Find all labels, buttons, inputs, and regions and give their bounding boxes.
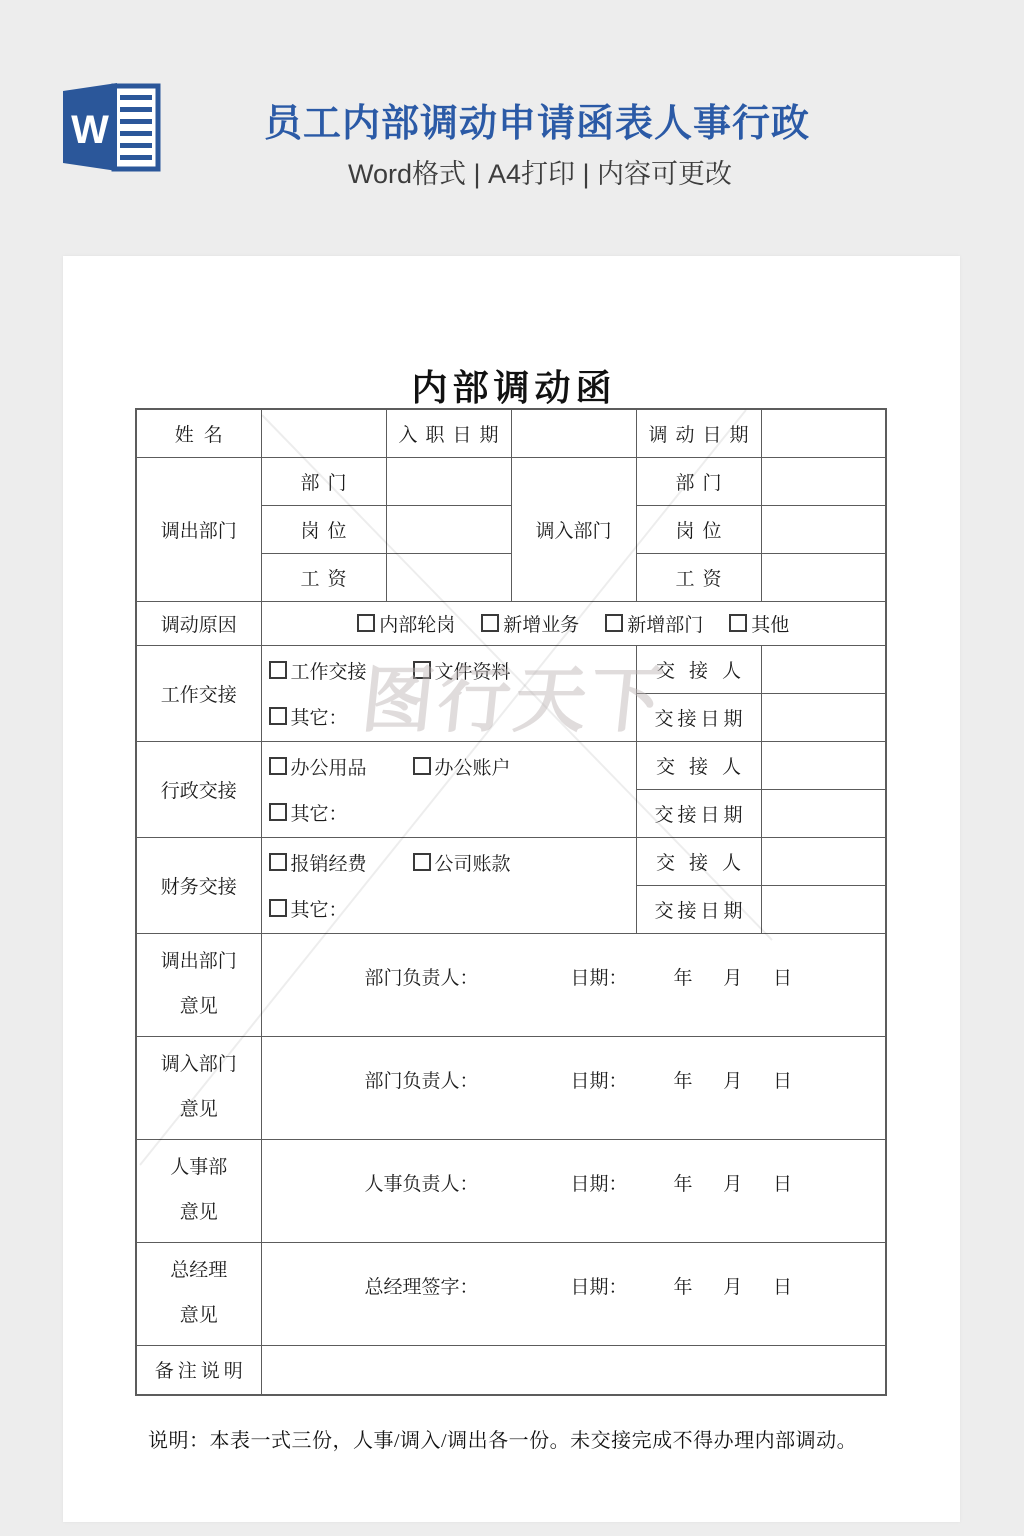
gm-opinion-cell[interactable]: 总经理签字： 日期： 年 月 日: [261, 1242, 886, 1345]
in-dept-label: 部门: [636, 457, 761, 505]
out-post-label: 岗位: [261, 505, 386, 553]
work-handover-label: 工作交接: [136, 645, 261, 741]
out-dept-input-cell[interactable]: [386, 457, 511, 505]
remarks-label: 备注说明: [136, 1345, 261, 1395]
admin-handover-date-label: 交接日期: [636, 789, 761, 837]
out-dept-opinion-cell[interactable]: 部门负责人： 日期： 年 月 日: [261, 933, 886, 1036]
checkbox-reason-rotation[interactable]: 内部轮岗: [357, 610, 455, 637]
date-label: 日期：: [571, 1066, 628, 1093]
form-footnote: 说明：本表一式三份，人事/调入/调出各一份。未交接完成不得办理内部调动。: [148, 1424, 928, 1453]
checkbox-work-documents[interactable]: 文件资料: [413, 657, 511, 684]
work-handover-person-label: 交接人: [636, 645, 761, 693]
checkbox-icon[interactable]: [413, 853, 431, 871]
out-dept-opinion-label: 调出部门 意见: [136, 933, 261, 1036]
in-dept-opinion-label: 调入部门 意见: [136, 1036, 261, 1139]
transfer-date-input-cell[interactable]: [761, 409, 886, 457]
finance-handover-date-label: 交接日期: [636, 885, 761, 933]
table-row: 调动原因 内部轮岗 新增业务 新增部门 其他: [136, 601, 886, 645]
checkbox-icon[interactable]: [269, 757, 287, 775]
transfer-date-label: 调动日期: [636, 409, 761, 457]
out-post-input-cell[interactable]: [386, 505, 511, 553]
form-title: 内部调动函: [63, 360, 960, 411]
in-dept-opinion-cell[interactable]: 部门负责人： 日期： 年 月 日: [261, 1036, 886, 1139]
ymd-label: 年 月 日: [674, 1272, 793, 1299]
finance-handover-options-cell: 报销经费 公司账款 其它：: [261, 837, 636, 933]
work-handover-date-input-cell[interactable]: [761, 693, 886, 741]
hire-date-input-cell[interactable]: [511, 409, 636, 457]
in-salary-label: 工资: [636, 553, 761, 601]
work-handover-date-label: 交接日期: [636, 693, 761, 741]
date-label: 日期：: [571, 963, 628, 990]
in-salary-input-cell[interactable]: [761, 553, 886, 601]
checkbox-admin-other[interactable]: 其它：: [269, 799, 348, 826]
finance-handover-person-label: 交接人: [636, 837, 761, 885]
out-dept-label: 部门: [261, 457, 386, 505]
admin-handover-options-cell: 办公用品 办公账户 其它：: [261, 741, 636, 837]
gm-opinion-label: 总经理 意见: [136, 1242, 261, 1345]
checkbox-admin-accounts[interactable]: 办公账户: [413, 753, 511, 780]
transfer-out-label: 调出部门: [136, 457, 261, 601]
checkbox-reason-new-business[interactable]: 新增业务: [481, 610, 579, 637]
finance-handover-date-input-cell[interactable]: [761, 885, 886, 933]
checkbox-reason-new-department[interactable]: 新增部门: [605, 610, 703, 637]
out-salary-label: 工资: [261, 553, 386, 601]
ymd-label: 年 月 日: [674, 1066, 793, 1093]
table-row: 备注说明: [136, 1345, 886, 1395]
name-label: 姓名: [136, 409, 261, 457]
ymd-label: 年 月 日: [674, 963, 793, 990]
signer-label: 人事负责人：: [365, 1169, 479, 1196]
table-row: 总经理 意见 总经理签字： 日期： 年 月 日: [136, 1242, 886, 1345]
reason-label: 调动原因: [136, 601, 261, 645]
in-post-input-cell[interactable]: [761, 505, 886, 553]
hire-date-label: 入职日期: [386, 409, 511, 457]
transfer-form-table: 姓名 入职日期 调动日期 调出部门 部门 调入部门 部门 岗位 岗位 工资 工资: [135, 408, 887, 1396]
checkbox-admin-supplies[interactable]: 办公用品: [269, 753, 367, 780]
hr-opinion-cell[interactable]: 人事负责人： 日期： 年 月 日: [261, 1139, 886, 1242]
table-row: 调入部门 意见 部门负责人： 日期： 年 月 日: [136, 1036, 886, 1139]
checkbox-icon[interactable]: [481, 614, 499, 632]
transfer-in-label: 调入部门: [511, 457, 636, 601]
table-row: 调出部门 意见 部门负责人： 日期： 年 月 日: [136, 933, 886, 1036]
in-post-label: 岗位: [636, 505, 761, 553]
date-label: 日期：: [571, 1169, 628, 1196]
out-salary-input-cell[interactable]: [386, 553, 511, 601]
table-row: 工作交接 工作交接 文件资料 其它： 交接人: [136, 645, 886, 693]
checkbox-icon[interactable]: [269, 661, 287, 679]
table-row: 财务交接 报销经费 公司账款 其它： 交接人: [136, 837, 886, 885]
finance-handover-person-input-cell[interactable]: [761, 837, 886, 885]
checkbox-icon[interactable]: [605, 614, 623, 632]
checkbox-icon[interactable]: [269, 899, 287, 917]
table-row: 姓名 入职日期 调动日期: [136, 409, 886, 457]
checkbox-icon[interactable]: [413, 661, 431, 679]
admin-handover-person-label: 交接人: [636, 741, 761, 789]
finance-handover-label: 财务交接: [136, 837, 261, 933]
checkbox-work-other[interactable]: 其它：: [269, 703, 348, 730]
admin-handover-date-input-cell[interactable]: [761, 789, 886, 837]
admin-handover-person-input-cell[interactable]: [761, 741, 886, 789]
hr-opinion-label: 人事部 意见: [136, 1139, 261, 1242]
date-label: 日期：: [571, 1272, 628, 1299]
template-header: W 员工内部调动申请函表人事行政 Word格式 | A4打印 | 内容可更改: [0, 0, 1024, 256]
signer-label: 总经理签字：: [365, 1272, 479, 1299]
document-page: 内部调动函 姓名 入职日期 调动日期 调出部门 部门 调入部门 部门 岗位 岗位: [63, 256, 960, 1522]
checkbox-finance-company-funds[interactable]: 公司账款: [413, 849, 511, 876]
checkbox-icon[interactable]: [269, 707, 287, 725]
work-handover-options-cell: 工作交接 文件资料 其它：: [261, 645, 636, 741]
work-handover-person-input-cell[interactable]: [761, 645, 886, 693]
checkbox-icon[interactable]: [269, 853, 287, 871]
admin-handover-label: 行政交接: [136, 741, 261, 837]
template-title: 员工内部调动申请函表人事行政: [0, 92, 1024, 147]
checkbox-icon[interactable]: [269, 803, 287, 821]
checkbox-work-handover[interactable]: 工作交接: [269, 657, 367, 684]
table-row: 行政交接 办公用品 办公账户 其它： 交接人: [136, 741, 886, 789]
signer-label: 部门负责人：: [365, 1066, 479, 1093]
checkbox-finance-other[interactable]: 其它：: [269, 895, 348, 922]
in-dept-input-cell[interactable]: [761, 457, 886, 505]
checkbox-reason-other[interactable]: 其他: [729, 610, 789, 637]
table-row: 调出部门 部门 调入部门 部门: [136, 457, 886, 505]
checkbox-finance-reimbursement[interactable]: 报销经费: [269, 849, 367, 876]
remarks-input-cell[interactable]: [261, 1345, 886, 1395]
checkbox-icon[interactable]: [413, 757, 431, 775]
name-input-cell[interactable]: [261, 409, 386, 457]
ymd-label: 年 月 日: [674, 1169, 793, 1196]
table-row: 人事部 意见 人事负责人： 日期： 年 月 日: [136, 1139, 886, 1242]
reason-options-cell: 内部轮岗 新增业务 新增部门 其他: [261, 601, 886, 645]
signer-label: 部门负责人：: [365, 963, 479, 990]
template-subtitle: Word格式 | A4打印 | 内容可更改: [0, 152, 1024, 191]
checkbox-icon[interactable]: [357, 614, 375, 632]
checkbox-icon[interactable]: [729, 614, 747, 632]
